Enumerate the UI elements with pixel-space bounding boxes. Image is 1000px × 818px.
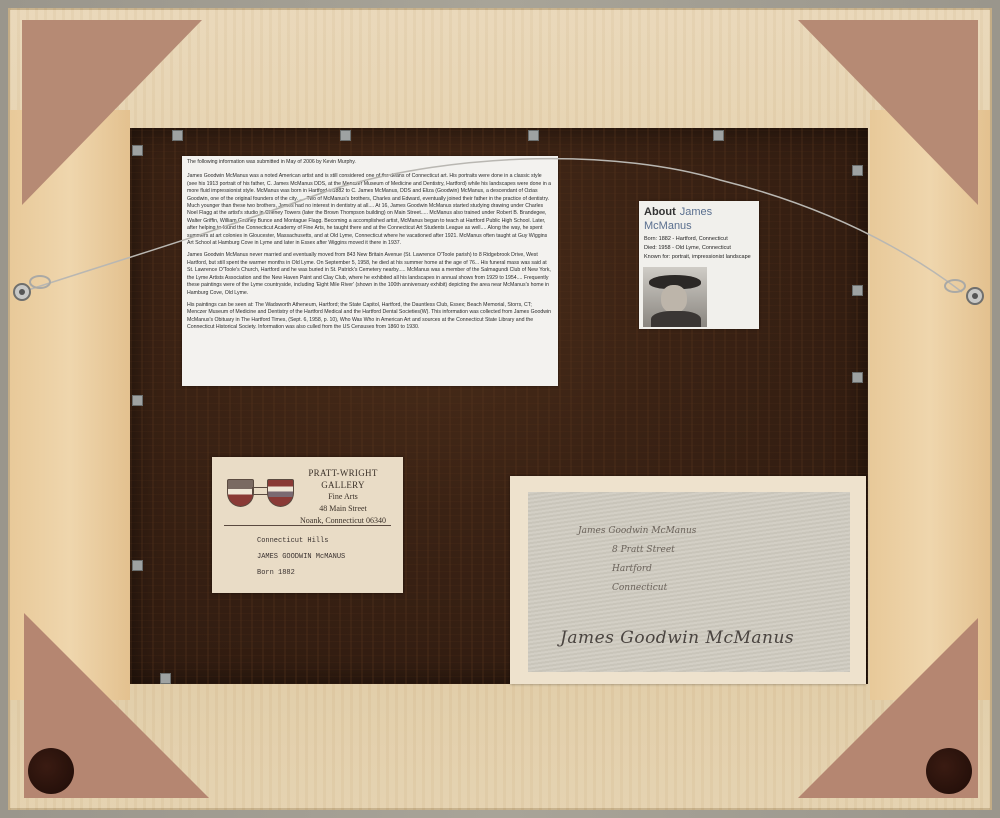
painting-back-photo: The following information was submitted …: [0, 0, 1000, 818]
d-ring-hanger-right-icon: [0, 0, 1000, 818]
